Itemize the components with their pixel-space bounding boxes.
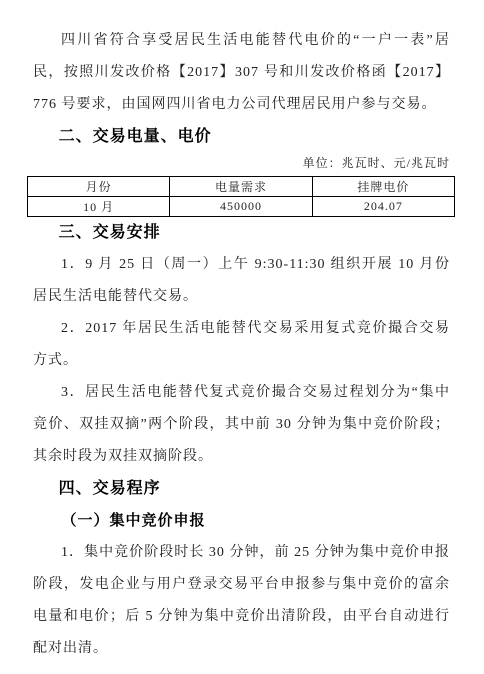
section-heading-trading-arrangement: 三、交易安排 [33,217,450,249]
table-header-row: 月份 电量需求 挂牌电价 [28,177,455,197]
section-heading-trading-volume-price: 二、交易电量、电价 [33,121,450,153]
table-header-listed-price: 挂牌电价 [312,177,454,197]
table-header-month: 月份 [28,177,170,197]
arrangement-item-1: 1．9 月 25 日（周一）上午 9:30-11:30 组织开展 10 月份居民… [33,249,450,313]
table-header-demand: 电量需求 [170,177,312,197]
subsection-heading-centralized-bidding-declaration: （一）集中竞价申报 [33,505,450,537]
table-row: 10 月 450000 204.07 [28,197,455,217]
price-table: 月份 电量需求 挂牌电价 10 月 450000 204.07 [27,176,455,217]
unit-note: 单位：兆瓦时、元/兆瓦时 [33,153,450,173]
section-heading-trading-procedure: 四、交易程序 [33,473,450,505]
cell-month: 10 月 [28,197,170,217]
cell-demand: 450000 [170,197,312,217]
document-page: 四川省符合享受居民生活电能替代电价的“一户一表”居民，按照川发改价格【2017】… [0,0,484,674]
procedure-item-1: 1．集中竞价阶段时长 30 分钟，前 25 分钟为集中竞价申报阶段，发电企业与用… [33,537,450,665]
arrangement-item-2: 2．2017 年居民生活电能替代交易采用复式竞价撮合交易方式。 [33,313,450,377]
arrangement-item-3: 3．居民生活电能替代复式竞价撮合交易过程划分为“集中竞价、双挂双摘”两个阶段，其… [33,377,450,473]
intro-paragraph: 四川省符合享受居民生活电能替代电价的“一户一表”居民，按照川发改价格【2017】… [33,25,450,121]
cell-listed-price: 204.07 [312,197,454,217]
